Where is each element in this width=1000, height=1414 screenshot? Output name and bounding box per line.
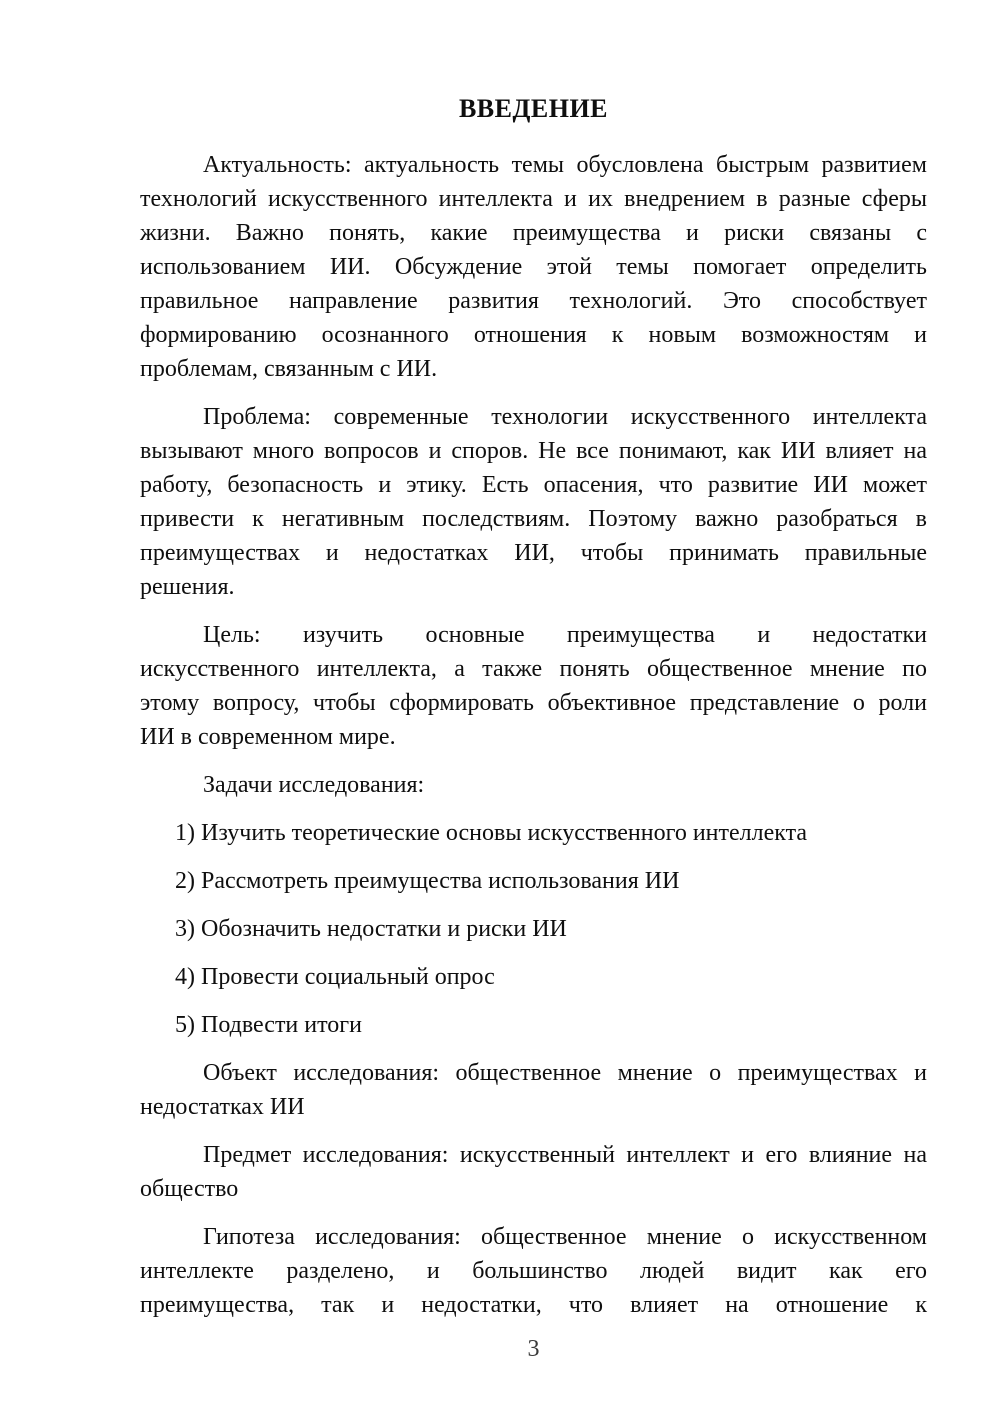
paragraph: Цель: изучить основные преимущества и не… <box>140 618 927 754</box>
paragraph: Проблема: современные технологии искусст… <box>140 400 927 604</box>
text-line: Актуальность: актуальность темы обусловл… <box>140 148 927 182</box>
text-line: Проблема: современные технологии искусст… <box>140 400 927 434</box>
text-line: 3) Обозначить недостатки и риски ИИ <box>140 912 927 946</box>
text-line: искусственного интеллекта, а также понят… <box>140 652 927 686</box>
document-body: Актуальность: актуальность темы обусловл… <box>140 148 927 1322</box>
list-item: 5) Подвести итоги <box>140 1008 927 1042</box>
paragraph: Гипотеза исследования: общественное мнен… <box>140 1220 927 1322</box>
list-item: 3) Обозначить недостатки и риски ИИ <box>140 912 927 946</box>
text-line: привести к негативным последствиям. Поэт… <box>140 502 927 536</box>
list-item: 1) Изучить теоретические основы искусств… <box>140 816 927 850</box>
text-line: правильное направление развития технолог… <box>140 284 927 318</box>
paragraph: Актуальность: актуальность темы обусловл… <box>140 148 927 386</box>
list-item: 2) Рассмотреть преимущества использовани… <box>140 864 927 898</box>
text-line: 2) Рассмотреть преимущества использовани… <box>140 864 927 898</box>
paragraph: Задачи исследования: <box>140 768 927 802</box>
page-title: ВВЕДЕНИЕ <box>140 92 927 126</box>
text-line: работу, безопасность и этику. Есть опасе… <box>140 468 927 502</box>
text-line: решения. <box>140 570 927 604</box>
text-line: 5) Подвести итоги <box>140 1008 927 1042</box>
paragraph: Предмет исследования: искусственный инте… <box>140 1138 927 1206</box>
text-line: интеллекте разделено, и большинство люде… <box>140 1254 927 1288</box>
text-line: Предмет исследования: искусственный инте… <box>140 1138 927 1172</box>
text-line: Гипотеза исследования: общественное мнен… <box>140 1220 927 1254</box>
text-line: Цель: изучить основные преимущества и не… <box>140 618 927 652</box>
page-number: 3 <box>140 1334 927 1364</box>
text-line: 1) Изучить теоретические основы искусств… <box>140 816 927 850</box>
text-line: жизни. Важно понять, какие преимущества … <box>140 216 927 250</box>
text-line: преимуществах и недостатках ИИ, чтобы пр… <box>140 536 927 570</box>
text-line: ИИ в современном мире. <box>140 720 927 754</box>
paragraph: Объект исследования: общественное мнение… <box>140 1056 927 1124</box>
text-line: Задачи исследования: <box>140 768 927 802</box>
text-line: технологий искусственного интеллекта и и… <box>140 182 927 216</box>
list-item: 4) Провести социальный опрос <box>140 960 927 994</box>
text-line: этому вопросу, чтобы сформировать объект… <box>140 686 927 720</box>
text-line: недостатках ИИ <box>140 1090 927 1124</box>
text-line: проблемам, связанным с ИИ. <box>140 352 927 386</box>
text-line: преимущества, так и недостатки, что влия… <box>140 1288 927 1322</box>
document-page: ВВЕДЕНИЕ Актуальность: актуальность темы… <box>0 0 1000 1414</box>
text-line: Объект исследования: общественное мнение… <box>140 1056 927 1090</box>
text-line: общество <box>140 1172 927 1206</box>
text-line: формированию осознанного отношения к нов… <box>140 318 927 352</box>
text-line: вызывают много вопросов и споров. Не все… <box>140 434 927 468</box>
text-line: использованием ИИ. Обсуждение этой темы … <box>140 250 927 284</box>
text-line: 4) Провести социальный опрос <box>140 960 927 994</box>
